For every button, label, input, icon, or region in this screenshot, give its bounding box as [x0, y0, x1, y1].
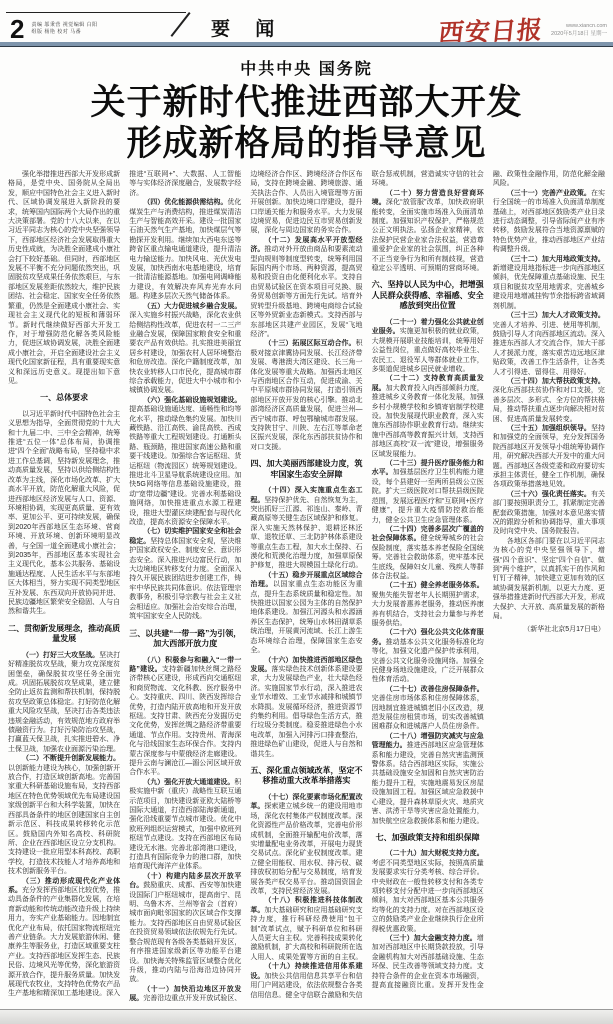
section-heading: 五、深化重点领域改革，坚定不移推动重大改革举措落实 [250, 766, 362, 787]
item-lead: （二十五）健全养老服务体系。 [386, 582, 484, 589]
item-lead: （十四）深入实施重点生态工程。 [250, 487, 362, 503]
article-item: （八）积极参与和融入“一带一路”建设。支持新疆加快丝绸之路经济带核心区建设，形成… [129, 656, 241, 778]
publish-date: 2020年5月18日 星期一 [551, 31, 607, 37]
section-heading: 六、坚持以人民为中心，把增强人民群众获得感、幸福感、安全感放到突出位置 [372, 280, 484, 312]
item-lead: （十六）加快推进西部地区绿色发展。 [250, 657, 362, 673]
page-number: 2 [6, 16, 24, 42]
article-item: （三十五）加强组织领导。坚持和加强党的全面领导，充分发挥国务院西部地区开发领导小… [493, 424, 605, 490]
item-lead: （二）不断提升创新发展能力。 [22, 755, 120, 762]
article-item: （十五）稳步开展重点区域综合治理。以国家重点生态功能区为重点，提升生态系统质量和… [250, 571, 362, 656]
section-heading: 七、加强政策支持和组织保障 [372, 833, 484, 844]
item-lead: （三十一）完善产业政策。 [507, 190, 591, 197]
article-item: （十二）发展高水平开放型经济。推动对外开放由商品和要素流动型向规则等制度型转变，… [250, 236, 362, 339]
header-meta: www.xiancn.com 2020年5月18日 星期一 [551, 22, 607, 38]
headline-line1: 关于新时代推进西部大开发 [0, 82, 613, 123]
article-item: （十七）深化要素市场化配置改革。探索建立城乡统一的建设用地市场，深化农村集体产权… [250, 793, 362, 896]
headline-block: 中共中央 国务院 关于新时代推进西部大开发 形成新格局的指导意见 [0, 56, 613, 164]
editor-credits: 责编 邬秉营 视觉编辑 白阳 组版 杨艳 校对 马番 [31, 22, 97, 36]
item-lead: （二十七）改善住房保障条件。 [386, 686, 484, 693]
item-lead: （十八）积极推进科技体制改革。 [250, 897, 362, 913]
item-lead: （三十二）加大用地政策支持。 [507, 256, 605, 263]
article-item: （十八）积极推进科技体制改革。加大基础研究和应用基础研究支持力度，推行科研经费使… [250, 896, 362, 962]
item-lead: （三）推动形成现代化产业体系。 [8, 878, 120, 894]
section-heading: 一、总体要求 [8, 393, 120, 404]
article-item: （二十二）支持教育高质量发展。加大教育投入向西部倾斜力度，推进城乡义务教育一体化… [372, 374, 484, 459]
item-lead: （十七）深化要素市场化配置改革。 [250, 794, 362, 810]
article-item: （十三）拓展区际互动合作。积极对接京津冀协同发展、长江经济带发展、粤港澳大湾区建… [250, 339, 362, 452]
item-lead: （十五）稳步开展重点区域综合治理。 [250, 572, 362, 588]
section-title: 要 闻 [211, 14, 284, 41]
article-item: （七）切实维护国家安全和社会稳定。坚持总体国家安全观，坚决维护国家政权安全、制度… [129, 527, 241, 621]
item-lead: （二十一）着力强化公共就业创业服务。 [372, 319, 484, 335]
item-lead: （七）切实维护国家安全和社会稳定。 [129, 528, 241, 544]
article-item: （二十五）健全养老服务体系。聚焦失能失智老年人长期照护需求，大力发展普惠养老服务… [372, 581, 484, 628]
article-item: （四）优化能源供需结构。优化煤炭生产与消费结构，推进煤炭清洁生产与智能高效开采。… [129, 198, 241, 301]
article-columns: 强化举措推进西部大开发形成新格局，是党中央、国务院从全局出发，顺应中国特色社会主… [8, 170, 605, 1004]
headline-kicker: 中共中央 国务院 [0, 56, 613, 79]
item-lead: （十九）持续推进信用体系建设。 [250, 963, 362, 979]
article-item: （三十六）强化责任落实。有关部门要按照职责分工，抓紧制定完善配套政策措施，加强对… [493, 490, 605, 537]
article-item: （十六）加快推进西部地区绿色发展。落实绿色技术创新体系建设要求，大力发展绿色产业… [250, 656, 362, 759]
page-bottom-edge [0, 1009, 613, 1024]
item-lead: （二十二）支持教育高质量发展。 [372, 375, 484, 391]
section-heading: 四、加大美丽西部建设力度，筑牢国家生态安全屏障 [250, 459, 362, 480]
item-lead: （三十）加大金融支持力度。 [386, 935, 477, 942]
article-item: （一）打好三大攻坚战。坚决打好精准脱贫攻坚战，聚力攻克深度贫困堡垒，确保脱贫攻坚… [8, 651, 120, 754]
article-item: （二）不断提升创新发展能力。以创新能力建设为核心，加强创新开放合作，打造区域创新… [8, 754, 120, 876]
article-item: （二十）努力营造良好营商环境。深化“放管服”改革，加快政府职能转变，全面实施市场… [372, 189, 484, 274]
item-lead: （三十五）加强组织领导。 [507, 425, 591, 432]
article-item: （三十一）完善产业政策。在实行全国统一的市场准入负面清单制度基础上，对西部地区鼓… [493, 189, 605, 255]
item-lead: （八）积极参与和融入“一带一路”建设。 [129, 657, 241, 673]
item-lead: （二十）努力营造良好营商环境。 [372, 190, 484, 206]
item-lead: （十一）加快沿边地区开放发展。 [129, 986, 241, 1002]
article-item: （九）强化开放大通道建设。积极实施中新（重庆）战略性互联互通示范项目，加快建设新… [129, 778, 241, 872]
section-heading: 二、贯彻新发展理念，推动高质量发展 [8, 624, 120, 645]
article-item: （三十三）加大人才政策支持。完善人才培养、引进、使用等机制，鼓励引导人才向西部地… [493, 311, 605, 377]
credits-line1: 责编 邬秉营 视觉编辑 白阳 [31, 22, 97, 28]
item-lead: （四）优化能源供需结构。 [143, 199, 227, 206]
item-lead: （二十九）加大财税支持力度。 [386, 850, 484, 857]
header-rule [0, 42, 613, 47]
item-lead: （十）构建内陆多层次开放平台。 [129, 873, 241, 889]
item-lead: （三十三）加大人才政策支持。 [507, 312, 605, 319]
article-item: （三十四）加大帮扶政策支持。深化东西部扶贫协作和对口支援，完善多层次、多形式、全… [493, 377, 605, 424]
article-item: （二十四）完善多层次广覆盖的社会保障体系。健全统筹城乡的社会保险制度，落实基本养… [372, 525, 484, 581]
item-lead: （五）大力促进城乡融合发展。 [143, 303, 241, 310]
item-lead: （六）强化基础设施规划建设。 [143, 397, 241, 404]
page-header: 2 责编 邬秉营 视觉编辑 白阳 组版 杨艳 校对 马番 要 闻 西安日报 ww… [6, 12, 607, 42]
article-item: （十四）深入实施重点生态工程。坚持保护优先、自然恢复为主，突出抓好三江源、祁连山… [250, 486, 362, 571]
article-item: （五）大力促进城乡融合发展。深入实施乡村振兴战略，深化农业供给侧结构性改革，促进… [129, 302, 241, 396]
article-item: （二十一）着力强化公共就业创业服务。实施更加积极的就业政策，大规模开展职业技能培… [372, 318, 484, 374]
article-item: （二十七）改善住房保障条件。完善住房市场体系和住房保障体系，因地制宜推进城镇老旧… [372, 685, 484, 732]
dateline: （新华社北京5月17日电） [493, 625, 605, 634]
item-lead: （九）强化开放大通道建设。 [143, 779, 234, 786]
item-lead: （二十八）增强防灾减灾与应急管理能力。 [372, 733, 484, 749]
item-lead: （三十六）强化责任落实。 [507, 491, 591, 498]
item-lead: （十二）发展高水平开放型经济。 [250, 237, 362, 253]
article-item: （二十三）提升医疗服务能力和水平。加强基层医疗卫生机构能力建设，每个县建好一至两… [372, 459, 484, 525]
newspaper-page: 2 责编 邬秉营 视觉编辑 白阳 组版 杨艳 校对 马番 要 闻 西安日报 ww… [0, 0, 613, 1024]
section-heading: 三、以共建“一带一路”为引领，加大西部开放力度 [129, 629, 241, 650]
article-paragraph: 强化举措推进西部大开发形成新格局，是党中央、国务院从全局出发，顺应中国特色社会主… [8, 170, 120, 386]
article-item: （二十九）加大财税支持力度。考虑不同类型地区实际，按照高质量发展要求实行分类考核… [372, 849, 484, 934]
headline-line2: 形成新格局的指导意见 [0, 123, 613, 164]
article-item: （二十六）强化公共文化体育服务。推动基本公共文化服务标准化均等化，加强文化遗产保… [372, 628, 484, 684]
article-item: （三十二）加大用地政策支持。新增建设用地指标进一步向西部地区倾斜，优先保障重点基… [493, 255, 605, 311]
article-item: （六）强化基础设施规划建设。提高基础设施通达度、通畅性和均等化水平，推动绿色集约… [129, 396, 241, 528]
item-lead: （十三）拓展区际互动合作。 [264, 340, 355, 347]
website-url: www.xiancn.com [566, 23, 607, 29]
item-lead: （二十六）强化公共文化体育服务。 [372, 629, 484, 645]
credits-line2: 组版 杨艳 校对 马番 [31, 29, 81, 35]
article-item: （二十八）增强防灾减灾与应急管理能力。推进西部地区应急管理体系和能力建设，完善自… [372, 732, 484, 826]
item-lead: （二十四）完善多层次广覆盖的社会保障体系。 [372, 526, 484, 542]
item-lead: （二十三）提升医疗服务能力和水平。 [372, 460, 484, 476]
article-paragraph: 以习近平新时代中国特色社会主义思想为指导，全面贯彻党的十九大和十九届二中、三中全… [8, 410, 120, 617]
item-lead: （三十四）加大帮扶政策支持。 [507, 378, 605, 385]
header-left: 2 责编 邬秉营 视觉编辑 白阳 组版 杨艳 校对 马番 [6, 12, 186, 43]
article-item: （十）构建内陆多层次开放平台。鼓励重庆、成都、西安等加快建设国际门户枢纽城市，提… [129, 872, 241, 985]
article-paragraph: 各地区各部门要在以习近平同志为核心的党中央坚强领导下，增强“四个意识”、坚定“四… [493, 537, 605, 622]
item-lead: （一）打好三大攻坚战。 [22, 652, 99, 659]
